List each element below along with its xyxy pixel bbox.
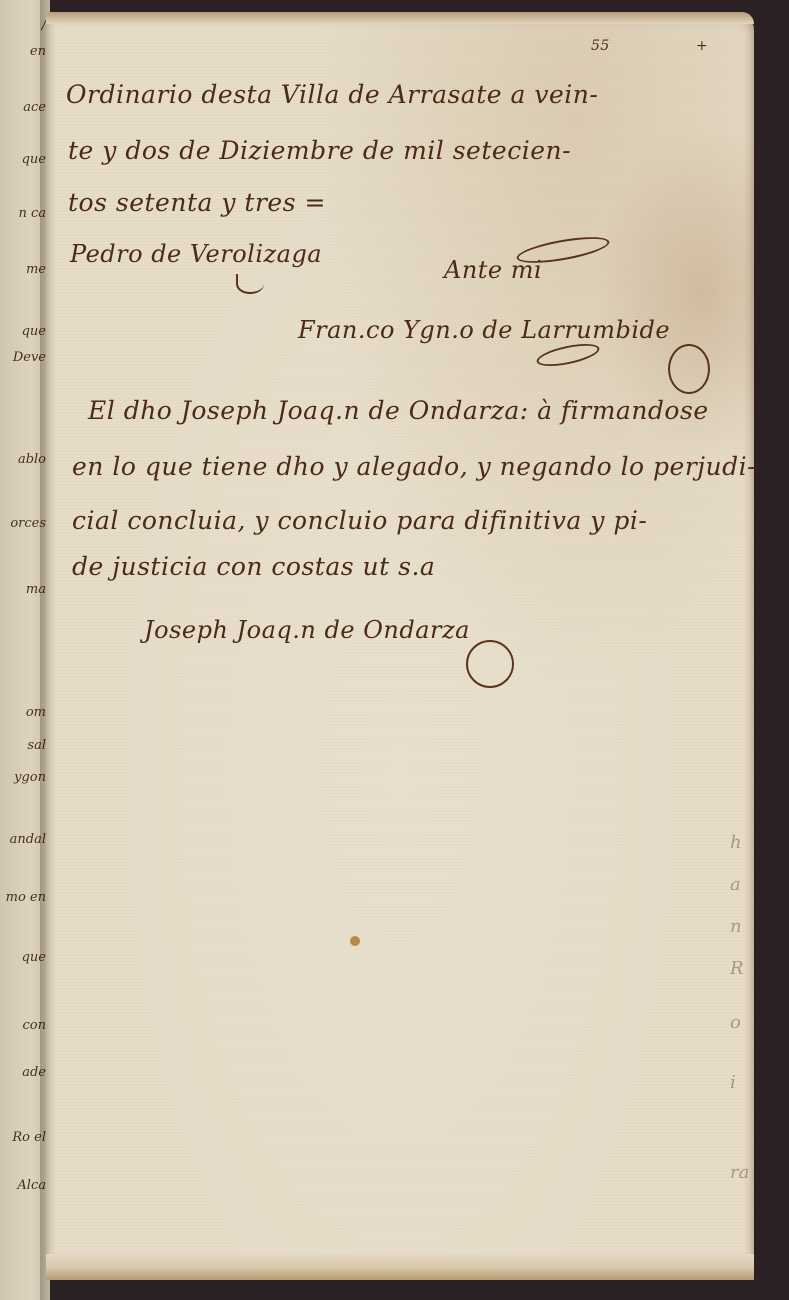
text-line-1: Ordinario desta Villa de Arrasate a vein… <box>66 80 598 109</box>
rubric-flourish <box>535 340 601 371</box>
folio-number: 55 <box>591 38 610 54</box>
bleed-through-letter: a <box>730 874 741 895</box>
signature-verolizaga: Pedro de Verolizaga <box>70 240 322 268</box>
text-line-2: te y dos de Diziembre de mil setecien- <box>68 136 571 165</box>
paragraph-line-3: cial concluia, y concluio para difinitiv… <box>72 506 647 535</box>
signature-larrumbide: Fran.co Ygn.o de Larrumbide <box>298 316 670 344</box>
rubric-flourish <box>668 344 710 394</box>
paragraph-line-1: El dho Joseph Joaq.n de Ondarza: à firma… <box>88 396 709 425</box>
bleed-through-letter: R <box>730 958 744 979</box>
manuscript-page: 55 + Ordinario desta Villa de Arrasate a… <box>46 12 754 1280</box>
bleed-through-letter: o <box>730 1012 741 1033</box>
page-top-edge <box>46 12 754 24</box>
rubric-flourish <box>515 232 611 268</box>
bleed-through-letter: i <box>730 1072 736 1093</box>
rubric-flourish <box>236 274 264 294</box>
bleed-through-letter: ra <box>730 1162 749 1183</box>
rubric-flourish <box>466 640 514 688</box>
paragraph-line-2: en lo que tiene dho y alegado, y negando… <box>72 452 756 481</box>
page-bottom-edge <box>46 1254 754 1280</box>
corner-mark: + <box>696 38 708 54</box>
signature-ondarza: Joseph Joaq.n de Ondarza <box>144 616 470 644</box>
ink-stain <box>350 936 360 946</box>
bleed-through-letter: n <box>730 916 742 937</box>
bleed-through-letter: h <box>730 832 742 853</box>
text-line-3: tos setenta y tres = <box>68 188 326 217</box>
paragraph-line-4: de justicia con costas ut s.a <box>72 552 435 581</box>
